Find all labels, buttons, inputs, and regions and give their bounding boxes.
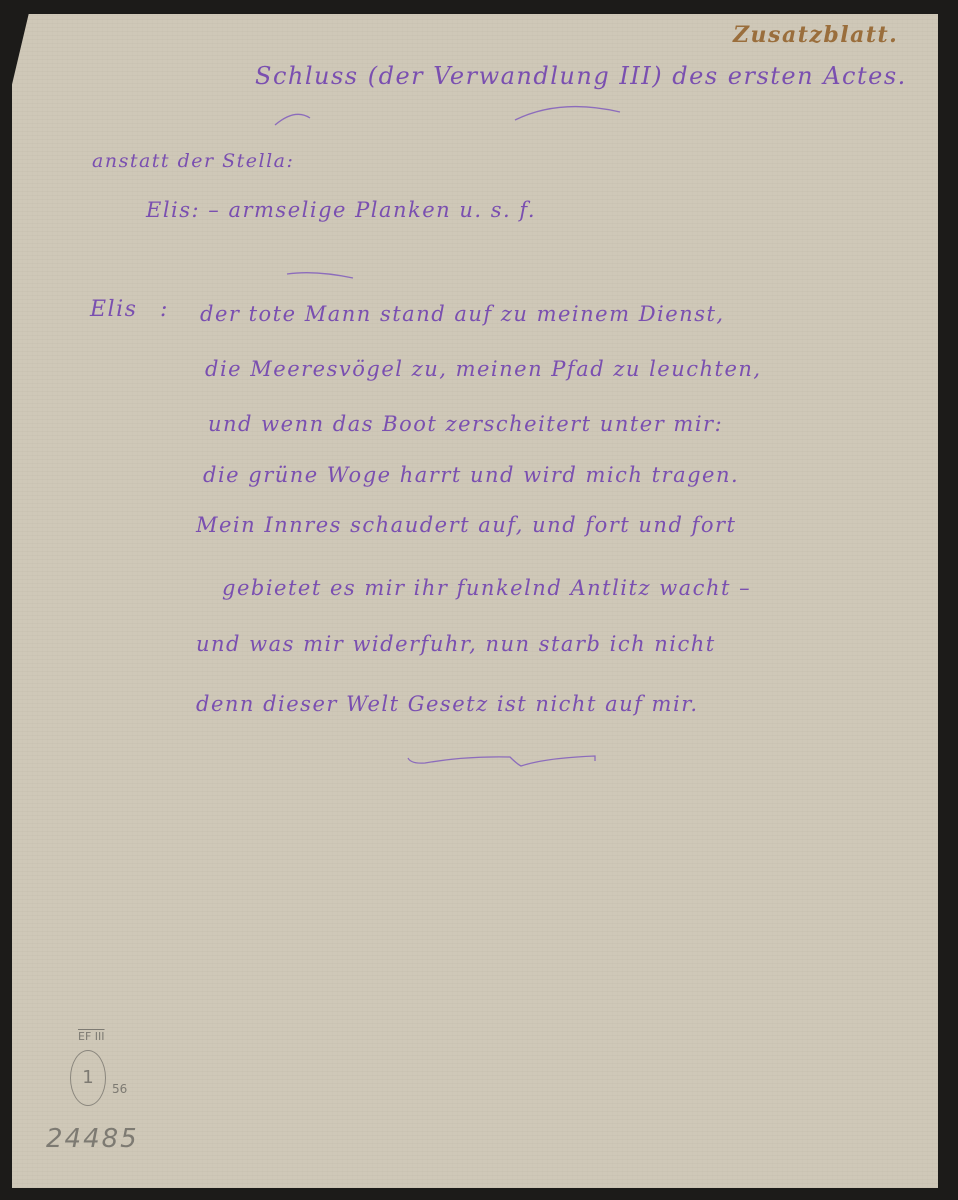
circled-number: 1 — [70, 1050, 106, 1106]
verse-line: die grüne Woge harrt und wird mich trage… — [203, 463, 739, 487]
verse-line: Mein Innres schaudert auf, und fort und … — [196, 513, 736, 537]
section-divider — [285, 268, 365, 282]
verse-line: die Meeresvögel zu, meinen Pfad zu leuch… — [205, 357, 762, 381]
verse-line: und was mir widerfuhr, nun starb ich nic… — [196, 632, 716, 656]
page-number: 56 — [112, 1082, 127, 1096]
speaker-name: Elis — [90, 297, 137, 322]
inventory-number: 24485 — [46, 1124, 139, 1154]
verse-line: denn dieser Welt Gesetz ist nicht auf mi… — [196, 692, 699, 716]
manuscript-page — [12, 14, 938, 1188]
shelf-mark: EF III — [78, 1030, 105, 1043]
end-flourish — [405, 752, 605, 774]
stage-instruction-line-2: Elis: – armselige Planken u. s. f. — [146, 198, 536, 222]
corner-note: Zusatzblatt. — [733, 22, 898, 48]
speaker-colon: : — [160, 297, 169, 322]
verse-line: und wenn das Boot zerscheitert unter mir… — [208, 412, 723, 436]
stage-instruction-line-1: anstatt der Stella: — [92, 150, 294, 172]
title-underline-flourish — [270, 100, 650, 130]
page-title: Schluss (der Verwandlung III) des ersten… — [255, 62, 907, 90]
verse-line: gebietet es mir ihr funkelnd Antlitz wac… — [222, 576, 751, 600]
verse-line: der tote Mann stand auf zu meinem Dienst… — [200, 302, 725, 326]
